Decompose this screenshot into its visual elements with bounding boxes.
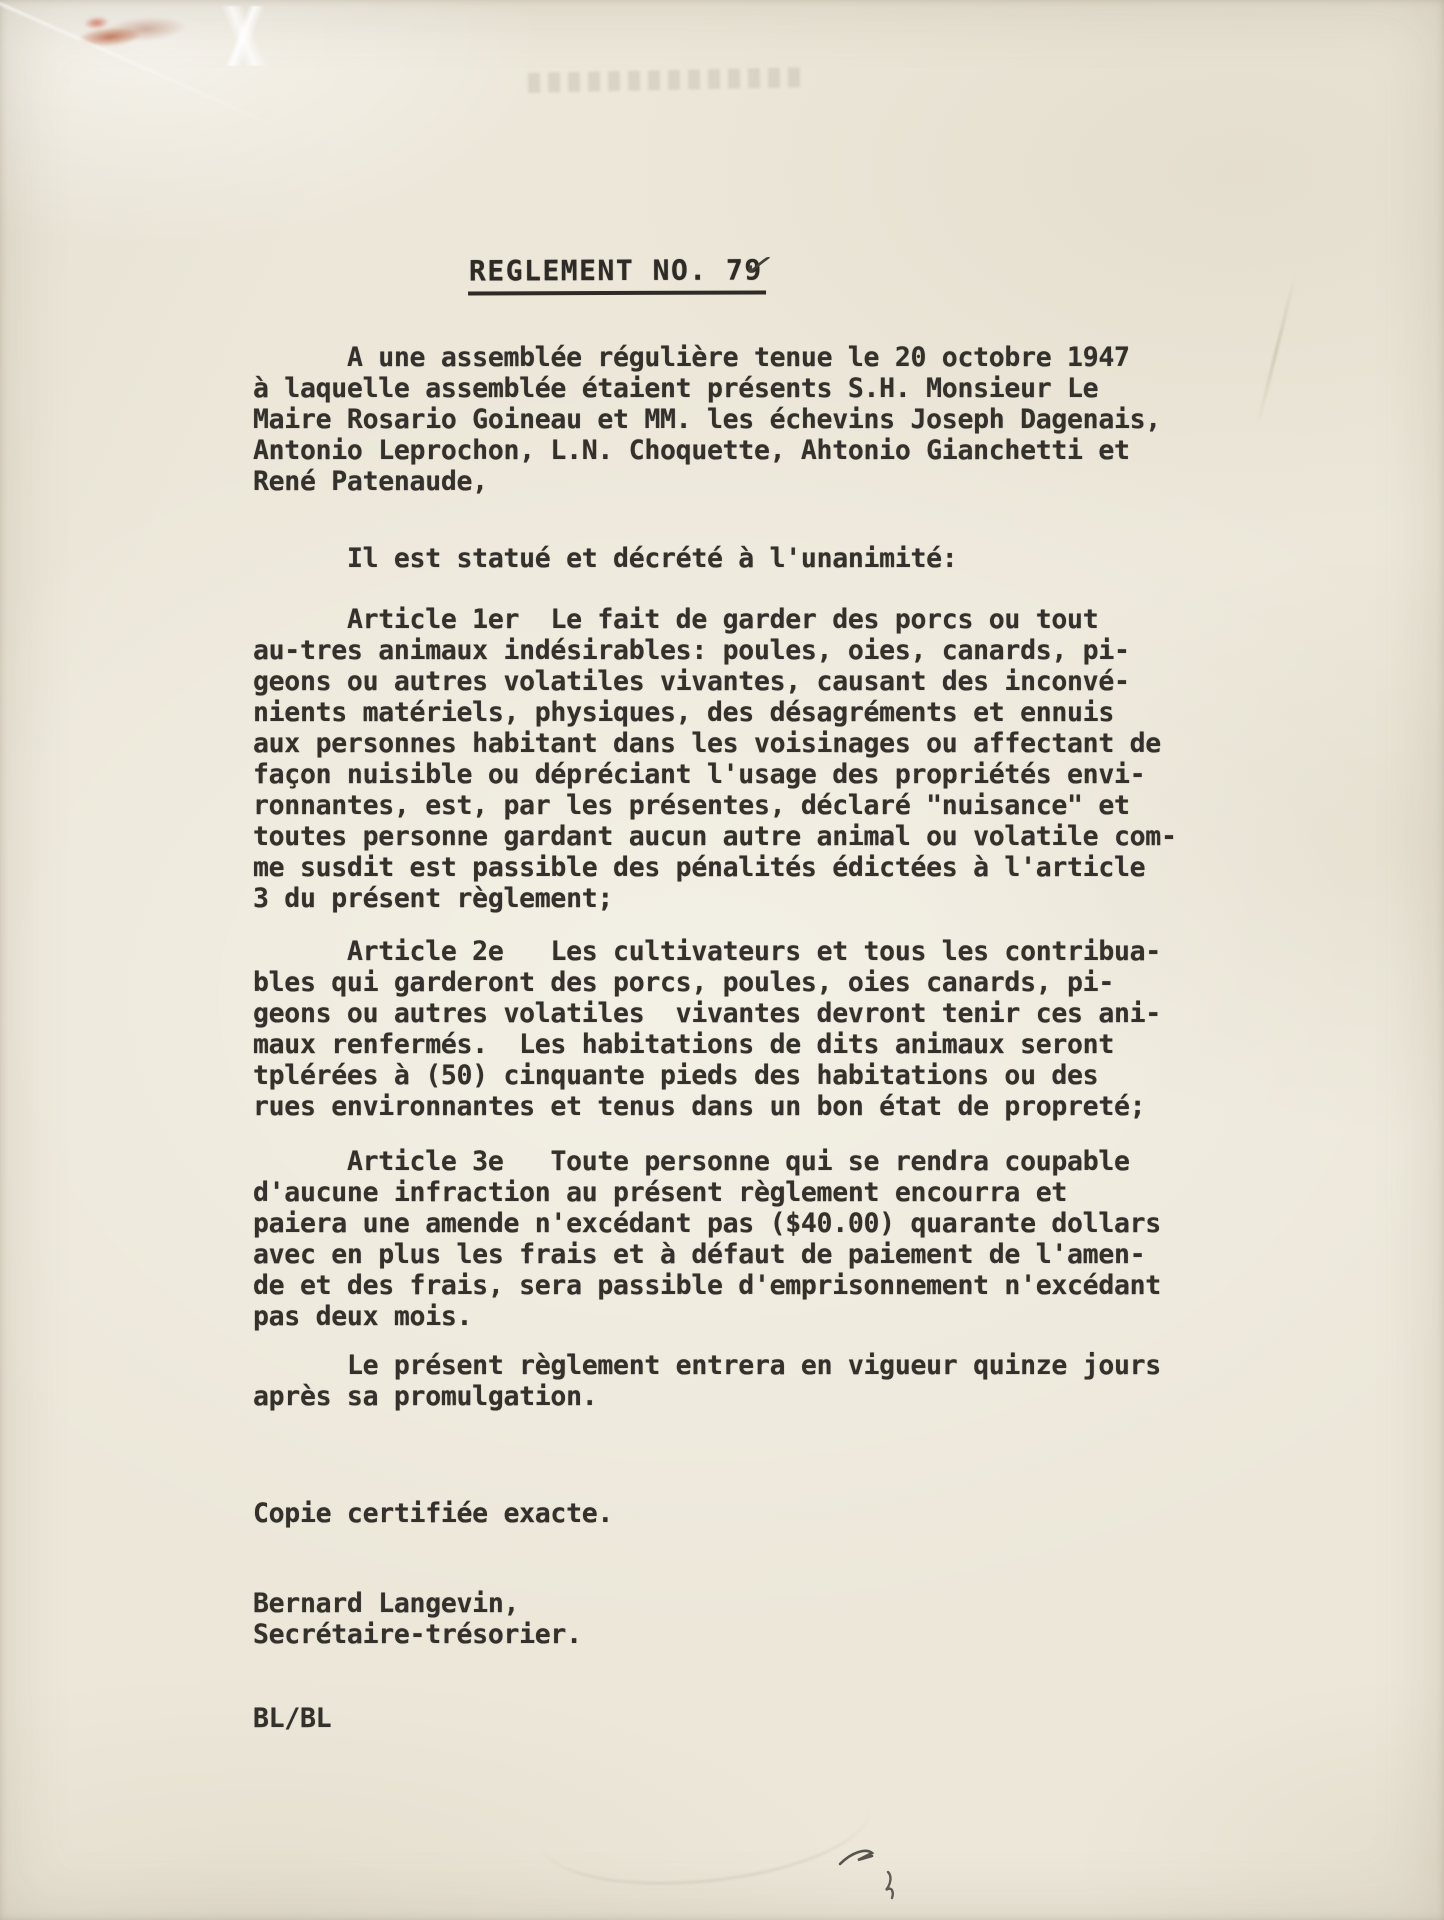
paragraph-article-1: Article 1er Le fait de garder des porcs …: [253, 604, 1233, 914]
paragraph-article-3: Article 3e Toute personne qui se rendra …: [253, 1146, 1233, 1332]
certification-line: Copie certifiée exacte.: [253, 1498, 1233, 1529]
paragraph-effective-date: Le présent règlement entrera en vigueur …: [253, 1350, 1233, 1412]
scanned-document-page: REGLEMENT NO. 79 ✓ A une assemblée régul…: [0, 0, 1444, 1920]
checkmark-icon: ✓: [737, 245, 779, 287]
signature-name: Bernard Langevin,: [253, 1588, 1233, 1619]
typist-initials: BL/BL: [253, 1703, 1233, 1734]
paper-crease: [535, 1753, 875, 1899]
staple-crease-mark: [150, 6, 340, 66]
document-title: REGLEMENT NO. 79: [468, 253, 766, 295]
paragraph-article-2: Article 2e Les cultivateurs et tous les …: [253, 936, 1233, 1122]
signature-title: Secrétaire-trésorier.: [253, 1619, 1233, 1650]
paragraph-decree-statement: Il est statué et décrété à l'unanimité:: [253, 543, 1233, 574]
ink-scribble: [832, 1842, 932, 1906]
paper-crease: [1256, 272, 1298, 428]
pencil-smudge: [528, 67, 808, 93]
paragraph-preamble: A une assemblée régulière tenue le 20 oc…: [253, 342, 1233, 497]
